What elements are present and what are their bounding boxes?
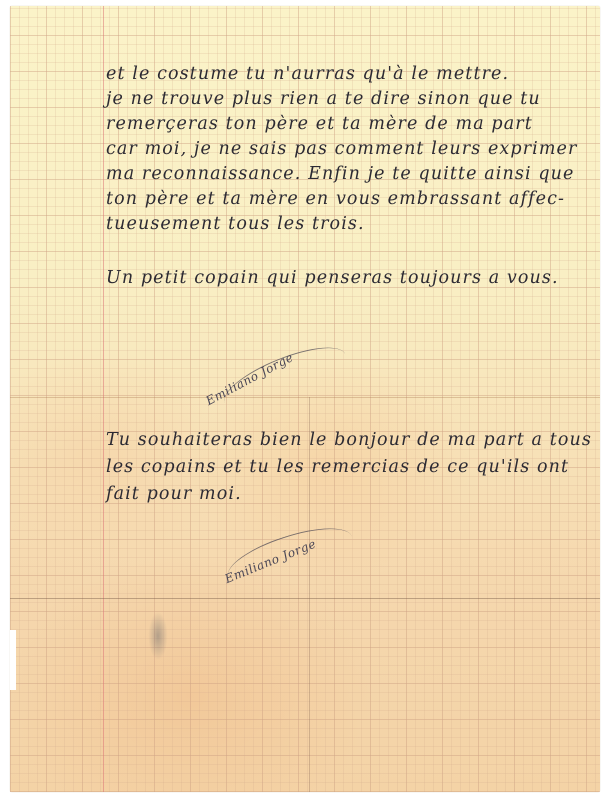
fold-crease-horizontal	[10, 397, 600, 398]
body-line: remerçeras ton père et ta mère de ma par…	[106, 114, 533, 134]
fold-crease-horizontal-lower	[10, 598, 600, 599]
postscript-line: fait pour moi.	[106, 484, 242, 504]
postscript-line: Tu souhaiteras bien le bonjour de ma par…	[106, 430, 592, 450]
body-line: car moi, je ne sais pas comment leurs ex…	[106, 139, 577, 159]
torn-edge	[10, 630, 16, 690]
body-line: ton père et ta mère en vous embrassant a…	[106, 189, 565, 209]
body-line: et le costume tu n'aurras qu'à le mettre…	[106, 64, 509, 84]
closing-line: Un petit copain qui penseras toujours a …	[106, 268, 559, 288]
postscript-line: les copains et tu les remercias de ce qu…	[106, 457, 569, 477]
body-line: tueusement tous les trois.	[106, 214, 365, 234]
body-line: ma reconnaissance. Enfin je te quitte ai…	[106, 164, 574, 184]
ink-smudge	[140, 606, 170, 676]
letter-page: et le costume tu n'aurras qu'à le mettre…	[10, 6, 600, 792]
margin-line	[103, 6, 104, 792]
body-line: je ne trouve plus rien a te dire sinon q…	[106, 89, 541, 109]
